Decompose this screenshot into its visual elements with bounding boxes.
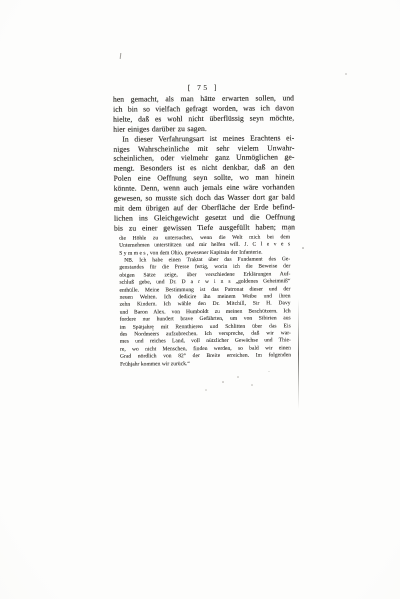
scan-scratch-line <box>298 299 299 409</box>
ink-mark <box>120 53 122 59</box>
scan-speck <box>268 371 270 372</box>
body-line: bis zu einer gewissen Tiefe ausgefüllt h… <box>114 222 295 233</box>
scanned-book-page: [ 75 ] hen gemacht, als man hätte erwart… <box>0 0 400 599</box>
scan-speck <box>237 376 239 378</box>
scan-speck <box>251 384 253 386</box>
scan-speck <box>302 247 304 249</box>
footnote-line: Frühjahr kommen wir zurück.“ <box>120 360 291 369</box>
body-paragraphs: hen gemacht, als man hätte erwarten soll… <box>113 93 295 233</box>
scan-speck <box>222 381 224 383</box>
footnote-block: die Höhle zu untersuchen, wenn die Welt … <box>119 234 291 369</box>
scan-speck <box>205 389 207 391</box>
scan-speck <box>345 73 347 75</box>
body-line: hielte, daß es wohl nicht überflüssig se… <box>113 113 294 124</box>
text-block: [ 75 ] hen gemacht, als man hätte erwart… <box>113 82 296 368</box>
page-number: [ 75 ] <box>113 82 294 92</box>
footnote-line: Grad nördlich von 82° der Breite erreich… <box>120 353 291 362</box>
footnote-line: Unternehmen unterstützen und mir helfen … <box>119 241 290 250</box>
